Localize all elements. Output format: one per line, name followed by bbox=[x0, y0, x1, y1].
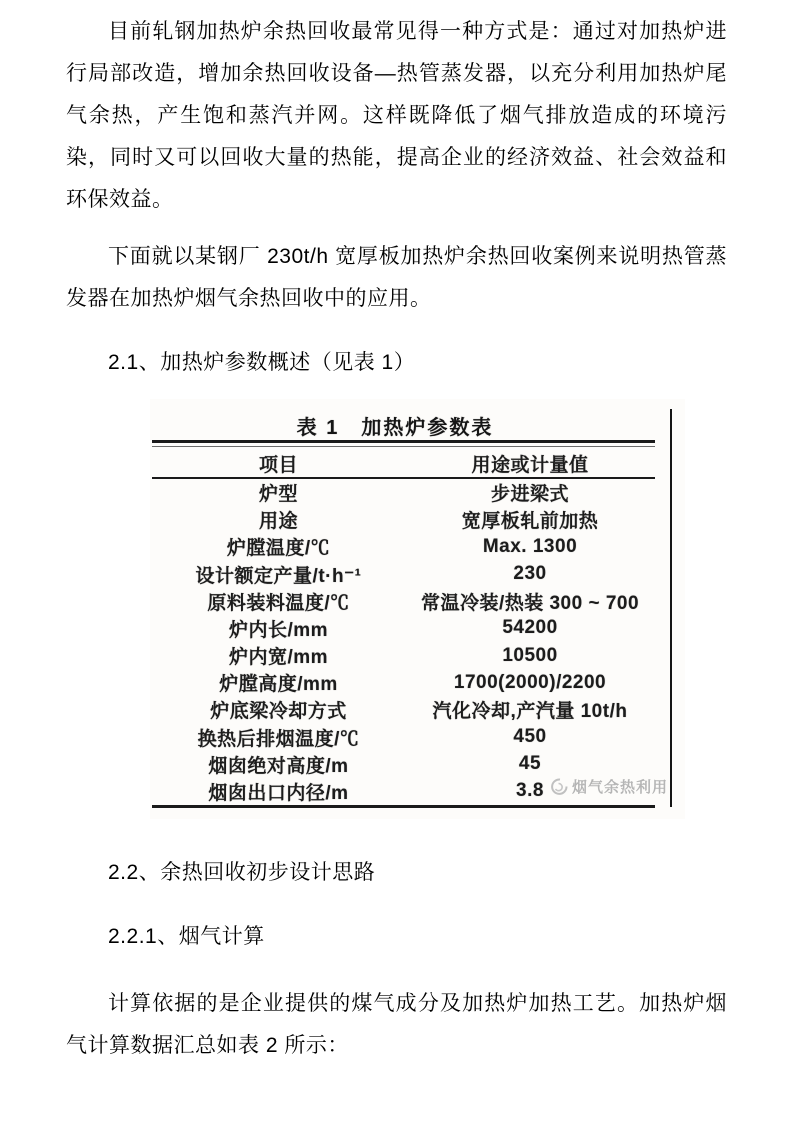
scan-right-edge-line bbox=[670, 409, 672, 807]
row-item: 烟囱出口内径/m bbox=[152, 778, 405, 805]
paragraph-overview: 目前轧钢加热炉余热回收最常见得一种方式是：通过对加热炉进行局部改造，增加余热回收… bbox=[66, 11, 727, 221]
row-value: 450 bbox=[405, 726, 655, 748]
table-1-scan-figure: 表 1 加热炉参数表 项目 用途或计量值 炉型 步进梁式 用途 宽厚板轧前加热 … bbox=[150, 399, 685, 819]
row-item: 炉内宽/mm bbox=[152, 642, 405, 669]
row-item: 炉膛高度/mm bbox=[152, 669, 405, 696]
row-item: 换热后排烟温度/℃ bbox=[152, 724, 405, 751]
table-row: 炉内长/mm 54200 bbox=[152, 615, 655, 642]
row-value: 常温冷装/热装 300 ~ 700 bbox=[405, 588, 655, 615]
table-row: 用途 宽厚板轧前加热 bbox=[152, 506, 655, 533]
heading-2-2: 2.2、余热回收初步设计思路 bbox=[66, 852, 727, 894]
watermark-swirl-icon bbox=[548, 777, 569, 796]
table-row: 炉型 步进梁式 bbox=[152, 479, 655, 506]
table-header-value: 用途或计量值 bbox=[405, 450, 655, 477]
row-item: 用途 bbox=[152, 506, 405, 533]
row-value: 1700(2000)/2200 bbox=[405, 672, 655, 694]
paragraph-case-intro: 下面就以某钢厂 230t/h 宽厚板加热炉余热回收案例来说明热管蒸发器在加热炉烟… bbox=[66, 236, 727, 320]
document-page: 目前轧钢加热炉余热回收最常见得一种方式是：通过对加热炉进行局部改造，增加余热回收… bbox=[0, 0, 793, 1122]
row-value: 汽化冷却,产汽量 10t/h bbox=[405, 696, 655, 723]
table-top-rule-echo bbox=[152, 446, 655, 447]
row-value: 45 bbox=[405, 753, 655, 775]
table-top-rule bbox=[152, 440, 655, 443]
table-body: 炉型 步进梁式 用途 宽厚板轧前加热 炉膛温度/℃ Max. 1300 设计额定… bbox=[152, 479, 655, 805]
watermark-label: 烟气余热利用 bbox=[572, 776, 668, 797]
table-row: 炉底梁冷却方式 汽化冷却,产汽量 10t/h bbox=[152, 696, 655, 723]
row-item: 原料装料温度/℃ bbox=[152, 588, 405, 615]
table-1-title: 表 1 加热炉参数表 bbox=[150, 411, 640, 440]
table-row: 炉膛温度/℃ Max. 1300 bbox=[152, 533, 655, 560]
paragraph-calculation: 计算依据的是企业提供的煤气成分及加热炉加热工艺。加热炉烟气计算数据汇总如表 2 … bbox=[66, 983, 727, 1067]
row-value: 10500 bbox=[405, 645, 655, 667]
row-value: 54200 bbox=[405, 617, 655, 639]
table-row: 烟囱绝对高度/m 45 bbox=[152, 751, 655, 778]
row-value: Max. 1300 bbox=[405, 536, 655, 558]
table-row: 炉膛高度/mm 1700(2000)/2200 bbox=[152, 669, 655, 696]
row-value: 宽厚板轧前加热 bbox=[405, 506, 655, 533]
table-row: 设计额定产量/t·h⁻¹ 230 bbox=[152, 561, 655, 588]
table-row: 炉内宽/mm 10500 bbox=[152, 642, 655, 669]
table-bottom-rule bbox=[152, 805, 655, 808]
heading-2-1: 2.1、加热炉参数概述（见表 1） bbox=[66, 342, 727, 384]
row-value: 230 bbox=[405, 563, 655, 585]
table-header-row: 项目 用途或计量值 bbox=[152, 449, 655, 477]
table-header-item: 项目 bbox=[152, 450, 405, 477]
table-row: 原料装料温度/℃ 常温冷装/热装 300 ~ 700 bbox=[152, 588, 655, 615]
table-row: 换热后排烟温度/℃ 450 bbox=[152, 724, 655, 751]
heading-2-2-1: 2.2.1、烟气计算 bbox=[66, 916, 727, 958]
row-item: 炉内长/mm bbox=[152, 615, 405, 642]
row-item: 设计额定产量/t·h⁻¹ bbox=[152, 561, 405, 588]
row-item: 烟囱绝对高度/m bbox=[152, 751, 405, 778]
row-item: 炉型 bbox=[152, 479, 405, 506]
row-value: 步进梁式 bbox=[405, 479, 655, 506]
row-item: 炉膛温度/℃ bbox=[152, 533, 405, 560]
watermark: 烟气余热利用 bbox=[548, 776, 668, 797]
row-item: 炉底梁冷却方式 bbox=[152, 696, 405, 723]
